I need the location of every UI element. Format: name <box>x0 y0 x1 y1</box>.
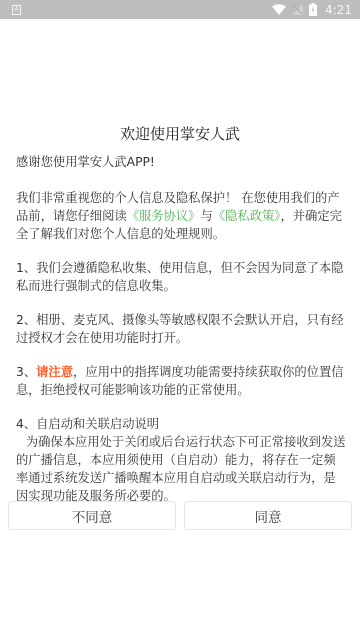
wifi-icon <box>272 4 286 15</box>
item-4-heading: 4、自启动和关联启动说明 <box>16 415 346 433</box>
button-row: 不同意 同意 <box>8 501 352 530</box>
keyboard-a-icon: A <box>12 5 21 15</box>
privacy-policy-link[interactable]: 《隐私政策》 <box>213 209 281 223</box>
agree-button[interactable]: 同意 <box>184 501 352 530</box>
item-3: 3、请注意，应用中的指挥调度功能需要持续获取你的位置信息，拒绝授权可能影响该功能… <box>16 363 346 399</box>
no-signal-icon <box>292 4 303 15</box>
status-right: 4:21 <box>272 3 352 17</box>
notification-glyph: A <box>14 7 18 13</box>
intro-paragraph: 我们非常重视您的个人信息及隐私保护！ 在您使用我们的产品前，请您仔细阅读《服务协… <box>16 189 346 243</box>
battery-charging-icon <box>309 3 317 16</box>
service-agreement-link[interactable]: 《服务协议》 <box>127 209 201 223</box>
attention-highlight: 请注意 <box>36 365 73 379</box>
item-4-body: 为确保本应用处于关闭或后台运行状态下可正常接收到发送的广播信息，本应用须使用（自… <box>16 433 346 505</box>
item-1: 1、我们会遵循隐私收集、使用信息，但不会因为同意了本隐私而进行强制式的信息收集。 <box>16 259 346 295</box>
greeting-text: 感谢您使用掌安人武APP! <box>16 153 346 171</box>
status-left: A <box>12 5 21 15</box>
intro-middle: 与 <box>200 209 212 223</box>
status-time: 4:21 <box>325 3 352 17</box>
item-3-prefix: 3、 <box>16 365 36 379</box>
privacy-dialog: 欢迎使用掌安人武 感谢您使用掌安人武APP! 我们非常重视您的个人信息及隐私保护… <box>0 19 360 641</box>
status-bar: A 4:21 <box>0 0 360 19</box>
disagree-button[interactable]: 不同意 <box>8 501 176 530</box>
item-2: 2、相册、麦克风、摄像头等敏感权限不会默认开启，只有经过授权才会在使用功能时打开… <box>16 311 346 347</box>
dialog-title: 欢迎使用掌安人武 <box>0 123 360 144</box>
dialog-content: 感谢您使用掌安人武APP! 我们非常重视您的个人信息及隐私保护！ 在您使用我们的… <box>16 153 346 505</box>
